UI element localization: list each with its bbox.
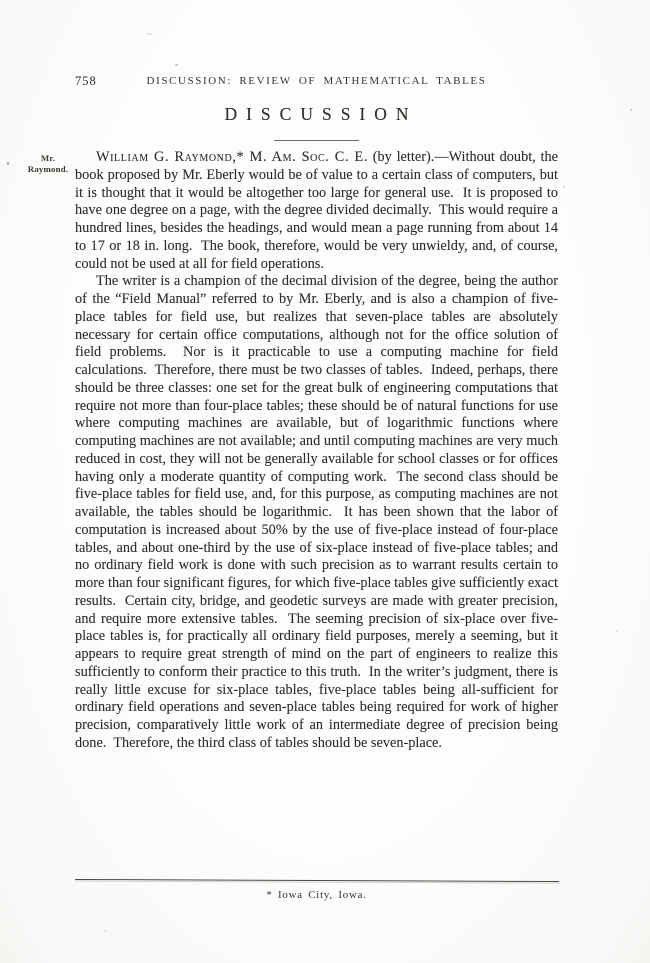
footnote-divider-rule [75,879,559,882]
scan-speck [175,64,178,66]
scan-speck [104,930,107,932]
body-text-column: William G. Raymond,* M. Am. Soc. C. E. (… [75,149,558,753]
scanned-document-page: 758 DISCUSSION: REVIEW OF MATHEMATICAL T… [0,0,650,963]
paragraph-1: William G. Raymond,* M. Am. Soc. C. E. (… [75,149,558,273]
section-title: DISCUSSION [75,104,558,125]
margin-note-line1: Mr. [18,153,78,164]
speaker-name: William G. Raymond,* M. Am. Soc. C. E. [96,149,368,165]
scan-speck [146,33,152,35]
page-header: 758 DISCUSSION: REVIEW OF MATHEMATICAL T… [75,74,558,90]
title-divider-rule [274,140,359,141]
paragraph-2-text: The writer is a champion of the decimal … [75,273,558,751]
footnote: * Iowa City, Iowa. [75,889,558,901]
paragraph-2: The writer is a champion of the decimal … [75,273,558,752]
scan-speck [630,109,632,111]
paragraph-1-text: (by letter).—Without doubt, the book pro… [75,149,558,272]
scan-speck [616,630,618,632]
scan-speck [563,186,565,188]
running-head: DISCUSSION: REVIEW OF MATHEMATICAL TABLE… [75,75,558,87]
scan-speck [7,162,9,165]
margin-note-line2: Raymond. [18,164,78,175]
margin-note-speaker: Mr. Raymond. [18,153,78,174]
